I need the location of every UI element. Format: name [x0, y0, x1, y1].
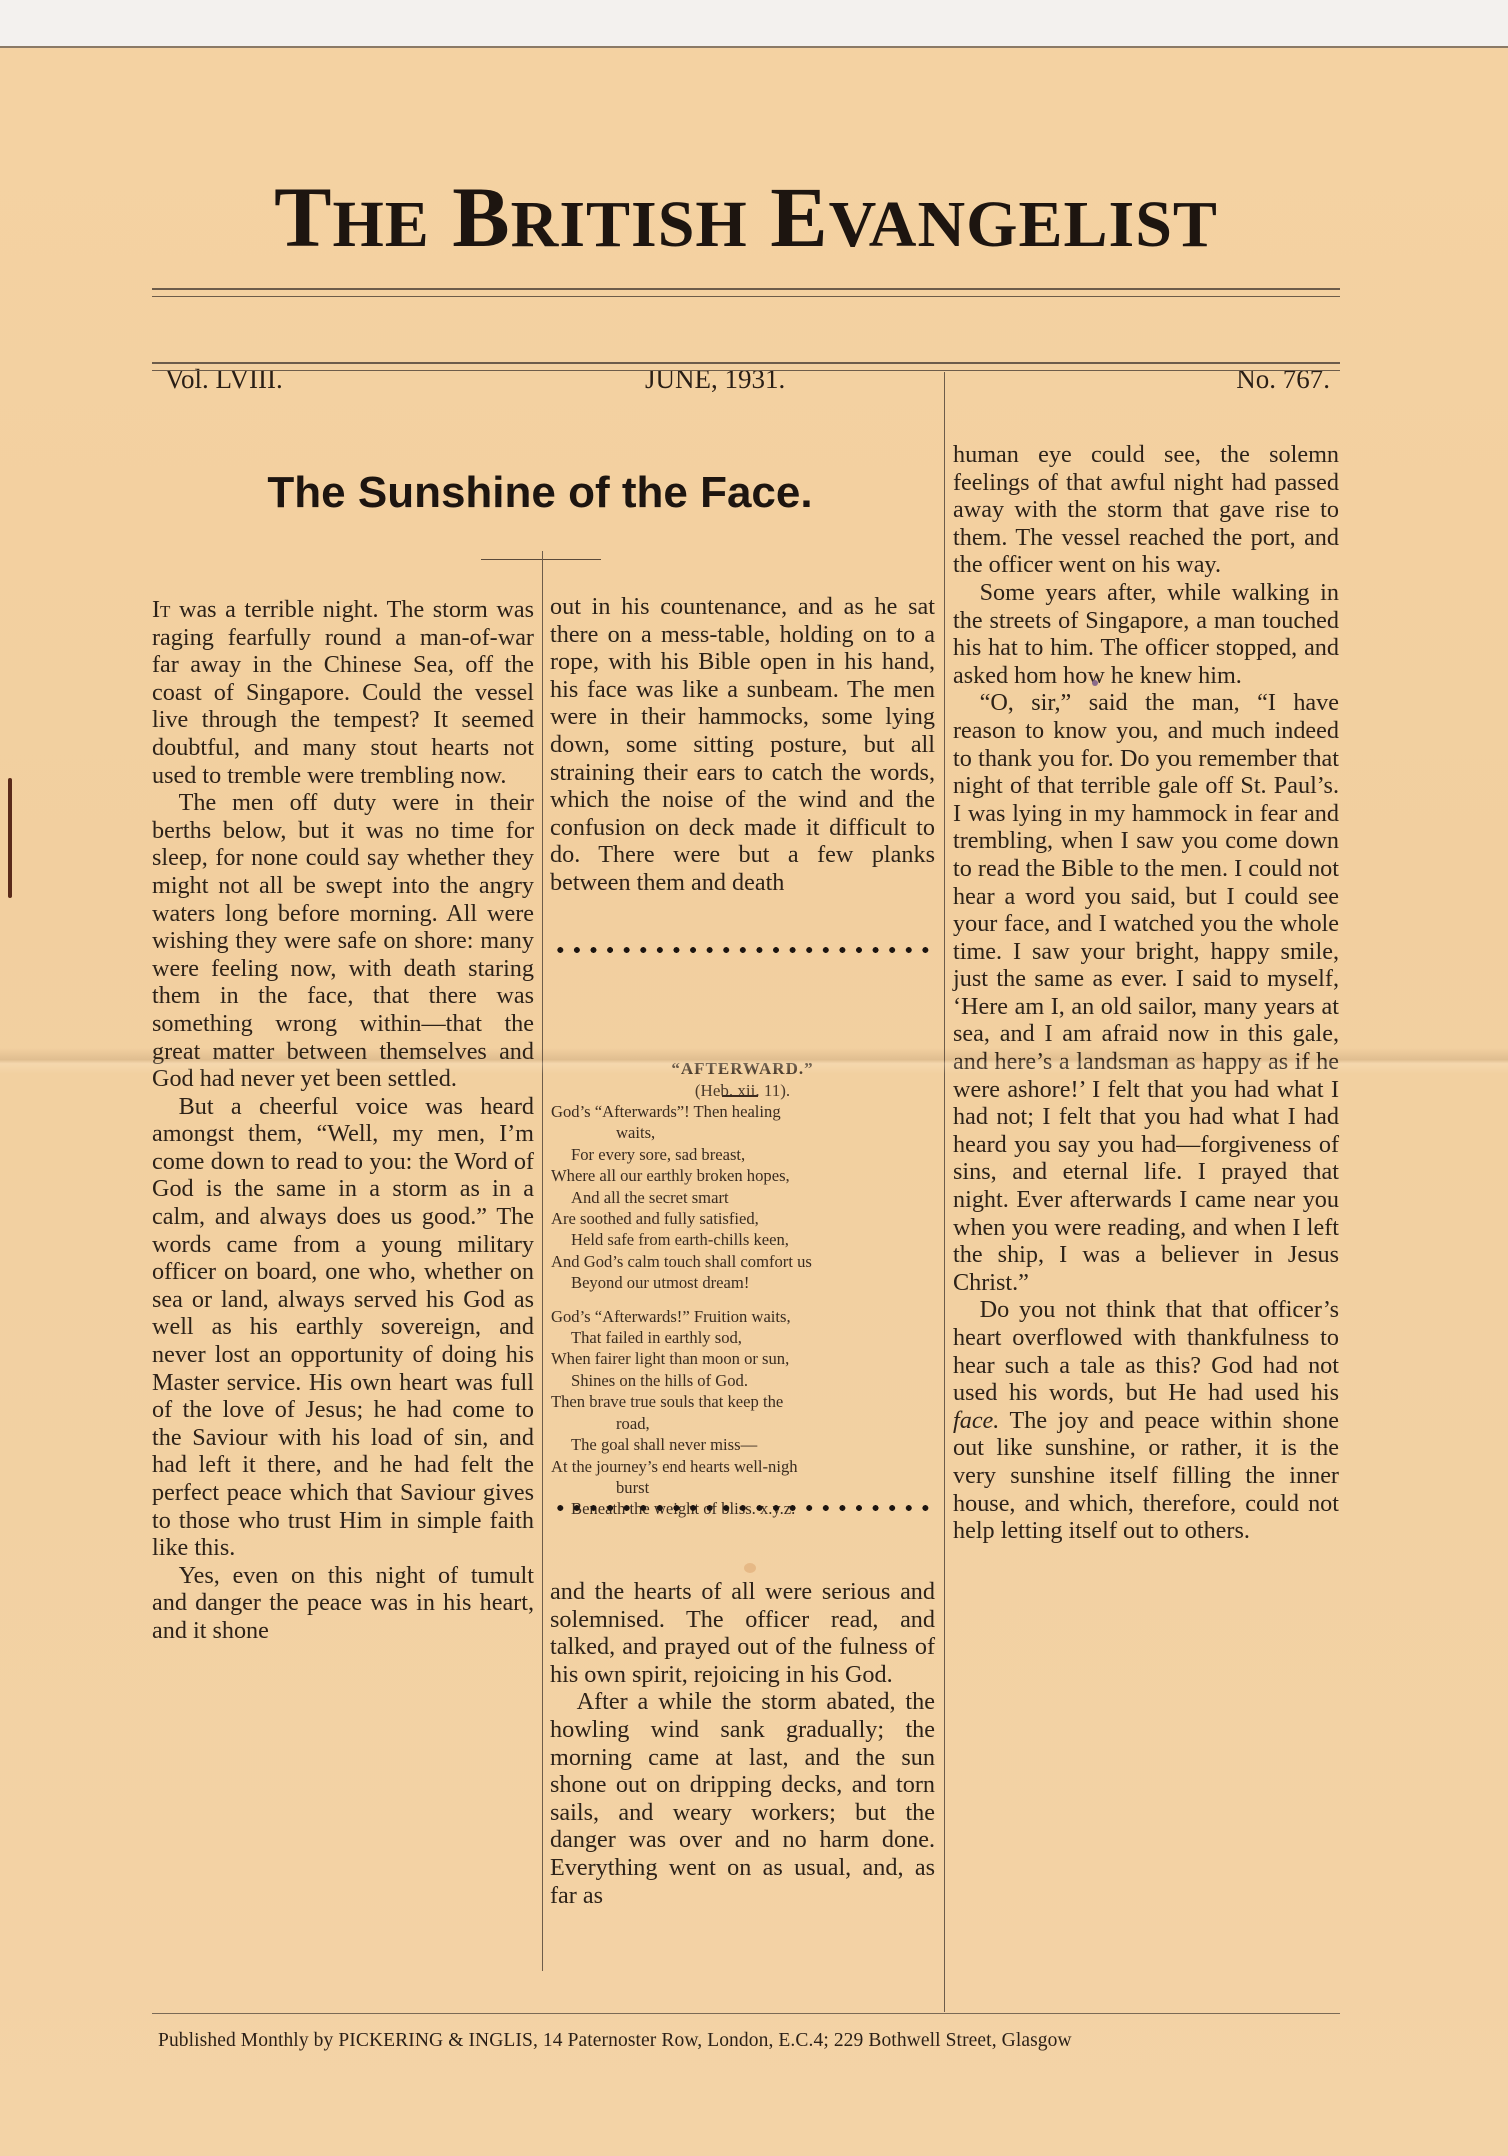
article-paragraph: human eye could see, the solemn feelings… [953, 441, 1339, 579]
poem-line: When fairer light than moon or sun, [551, 1348, 941, 1369]
dotted-separator-bottom [552, 1504, 935, 1512]
article-paragraph: out in his countenance, and as he sat th… [550, 593, 935, 897]
dotted-separator-top [552, 946, 935, 954]
article-column-1: It was a terrible night. The storm was r… [152, 596, 534, 1645]
article-column-2-bottom: and the hearts of all were serious and s… [550, 1578, 935, 1909]
poem-line: That failed in earthly sod, [551, 1327, 941, 1348]
article-title: The Sunshine of the Face. [160, 468, 920, 518]
article-column-3: human eye could see, the solemn feelings… [953, 441, 1339, 1545]
poem-line: For every sore, sad breast, [551, 1144, 941, 1165]
title-divider [481, 559, 601, 560]
poem-line: God’s “Afterwards”! Then healing [551, 1101, 941, 1122]
poem-line: road, [551, 1413, 941, 1434]
poem-line: waits, [551, 1122, 941, 1143]
masthead-word-evangelist-rest: VANGELIST [829, 188, 1218, 261]
poem-reference: (Heb. xii. 11). [550, 1080, 935, 1102]
article-paragraph: It was a terrible night. The storm was r… [152, 596, 534, 789]
footer-rule [152, 2013, 1340, 2014]
poem-line: Are soothed and fully satisfied, [551, 1208, 941, 1229]
article-paragraph: and the hearts of all were serious and s… [550, 1578, 935, 1688]
paper-edge-mark [8, 778, 12, 898]
article-paragraph: The men off duty were in their berths be… [152, 789, 534, 1093]
newsletter-page: THE BRITISH EVANGELIST Vol. LVIII. JUNE,… [0, 46, 1508, 2156]
poem-divider [722, 1095, 758, 1097]
poem-line: Beyond our utmost dream! [551, 1272, 941, 1293]
poem-title: “AFTERWARD.” [550, 1058, 935, 1080]
poem-line: Held safe from earth-chills keen, [551, 1229, 941, 1250]
article-paragraph: Some years after, while walking in the s… [953, 579, 1339, 689]
poem-line: And all the secret smart [551, 1187, 941, 1208]
poem-body: God’s “Afterwards”! Then healingwaits,Fo… [551, 1101, 941, 1520]
poem-line [551, 1294, 941, 1306]
masthead-word-the-initial: T [274, 169, 332, 265]
poem-line: The goal shall never miss— [551, 1434, 941, 1455]
article-paragraph: “O, sir,” said the man, “I have reason t… [953, 689, 1339, 1296]
article-paragraph: After a while the storm abated, the howl… [550, 1688, 935, 1909]
article-paragraph: Do you not think that that officer’s hea… [953, 1296, 1339, 1544]
poem-line: God’s “Afterwards!” Fruition waits, [551, 1306, 941, 1327]
poem-line: At the journey’s end hearts well-nigh [551, 1456, 941, 1477]
column-divider-1 [542, 551, 543, 1971]
stain-spot [744, 1563, 756, 1573]
masthead-word-evangelist-initial: E [770, 169, 828, 265]
article-paragraph: Yes, even on this night of tumult and da… [152, 1562, 534, 1645]
masthead-title: THE BRITISH EVANGELIST [152, 174, 1340, 260]
poem-line: burst [551, 1477, 941, 1498]
poem-line: Shines on the hills of God. [551, 1370, 941, 1391]
poem-line: Where all our earthly broken hopes, [551, 1165, 941, 1186]
masthead-word-the-rest: HE [332, 188, 429, 261]
ink-spot [1092, 680, 1098, 686]
column-divider-2 [944, 372, 945, 2012]
poem-line: And God’s calm touch shall comfort us [551, 1251, 941, 1272]
article-paragraph: But a cheerful voice was heard amongst t… [152, 1093, 534, 1562]
poem-line: Then brave true souls that keep the [551, 1391, 941, 1412]
masthead-word-british-initial: B [452, 169, 510, 265]
publisher-imprint: Published Monthly by PICKERING & INGLIS,… [158, 2030, 1348, 2052]
masthead-word-british-rest: RITISH [511, 188, 748, 261]
masthead-rule-bottom [152, 362, 1340, 371]
article-column-2-top: out in his countenance, and as he sat th… [550, 593, 935, 897]
masthead-rule-top [152, 288, 1340, 297]
